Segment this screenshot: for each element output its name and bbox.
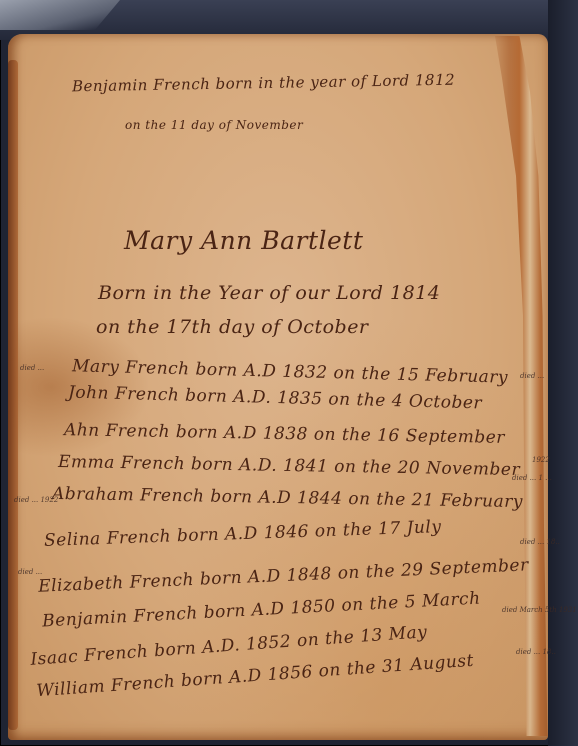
page-worn-edge xyxy=(8,60,18,730)
header-entry-line2: on the 11 day of November xyxy=(125,118,303,132)
main-entry-line1: Born in the Year of our Lord 1814 xyxy=(98,282,440,304)
book-cover-edge xyxy=(548,0,578,746)
margin-note: died ... 18.. xyxy=(520,538,560,546)
margin-note: died ... xyxy=(18,568,42,576)
margin-note: died ... 1 ... xyxy=(512,474,552,482)
margin-note: died ... xyxy=(520,372,544,380)
margin-note: died ... 18.. xyxy=(516,648,556,656)
margin-note: 1922 xyxy=(532,456,550,464)
margin-note: died ... 1922 xyxy=(14,496,58,504)
main-entry-line2: on the 17th day of October xyxy=(96,316,369,338)
margin-note: died ... xyxy=(20,364,44,372)
margin-note: died March 5th 1931 xyxy=(502,606,577,614)
main-entry-name: Mary Ann Bartlett xyxy=(124,226,363,255)
